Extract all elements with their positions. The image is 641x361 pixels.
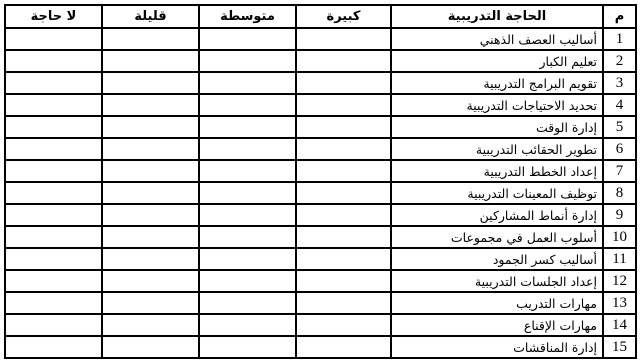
rating-cell-few bbox=[102, 248, 199, 270]
table-row: 2 تعليم الكبار bbox=[5, 50, 636, 72]
row-number: 12 bbox=[603, 270, 636, 292]
training-need-label: تطوير الحقائب التدريبية bbox=[391, 138, 603, 160]
document-page: م الحاجة التدريبية كبيرة متوسطة قليلة لا… bbox=[0, 0, 641, 361]
row-number: 4 bbox=[603, 94, 636, 116]
rating-cell-large bbox=[296, 138, 391, 160]
header-cell-training-need: الحاجة التدريبية bbox=[391, 5, 603, 28]
rating-cell-medium bbox=[199, 336, 296, 358]
rating-cell-medium bbox=[199, 292, 296, 314]
training-need-label: أسلوب العمل في مجموعات bbox=[391, 226, 603, 248]
rating-cell-few bbox=[102, 204, 199, 226]
training-need-label: إعداد الخطط التدريبية bbox=[391, 160, 603, 182]
rating-cell-medium bbox=[199, 28, 296, 50]
training-need-label: تحديد الاحتياجات التدريبية bbox=[391, 94, 603, 116]
row-number: 14 bbox=[603, 314, 636, 336]
rating-cell-large bbox=[296, 270, 391, 292]
rating-cell-no-need bbox=[5, 248, 102, 270]
rating-cell-no-need bbox=[5, 226, 102, 248]
training-need-label: تعليم الكبار bbox=[391, 50, 603, 72]
rating-cell-few bbox=[102, 94, 199, 116]
rating-cell-few bbox=[102, 72, 199, 94]
rating-cell-large bbox=[296, 226, 391, 248]
rating-cell-large bbox=[296, 94, 391, 116]
rating-cell-no-need bbox=[5, 204, 102, 226]
row-number: 6 bbox=[603, 138, 636, 160]
rating-cell-no-need bbox=[5, 72, 102, 94]
rating-cell-no-need bbox=[5, 314, 102, 336]
table-row: 7 إعداد الخطط التدريبية bbox=[5, 160, 636, 182]
table-row: 13 مهارات التدريب bbox=[5, 292, 636, 314]
table-row: 15 إدارة المناقشات bbox=[5, 336, 636, 358]
rating-cell-few bbox=[102, 182, 199, 204]
training-need-label: توظيف المعينات التدريبية bbox=[391, 182, 603, 204]
rating-cell-medium bbox=[199, 248, 296, 270]
rating-cell-few bbox=[102, 292, 199, 314]
training-need-label: إدارة الوقت bbox=[391, 116, 603, 138]
header-cell-no-need: لا حاجة bbox=[5, 5, 102, 28]
header-cell-medium: متوسطة bbox=[199, 5, 296, 28]
rating-cell-medium bbox=[199, 116, 296, 138]
rating-cell-no-need bbox=[5, 50, 102, 72]
training-need-label: مهارات التدريب bbox=[391, 292, 603, 314]
table-row: 5 إدارة الوقت bbox=[5, 116, 636, 138]
rating-cell-large bbox=[296, 292, 391, 314]
row-number: 3 bbox=[603, 72, 636, 94]
rating-cell-no-need bbox=[5, 270, 102, 292]
table-row: 9 إدارة أنماط المشاركين bbox=[5, 204, 636, 226]
training-need-label: إدارة أنماط المشاركين bbox=[391, 204, 603, 226]
rating-cell-few bbox=[102, 28, 199, 50]
header-cell-large: كبيرة bbox=[296, 5, 391, 28]
row-number: 1 bbox=[603, 28, 636, 50]
row-number: 15 bbox=[603, 336, 636, 358]
rating-cell-medium bbox=[199, 50, 296, 72]
table-row: 3 تقويم البرامج التدريبية bbox=[5, 72, 636, 94]
table-row: 8 توظيف المعينات التدريبية bbox=[5, 182, 636, 204]
training-need-label: إدارة المناقشات bbox=[391, 336, 603, 358]
row-number: 11 bbox=[603, 248, 636, 270]
rating-cell-large bbox=[296, 116, 391, 138]
rating-cell-few bbox=[102, 226, 199, 248]
rating-cell-no-need bbox=[5, 116, 102, 138]
rating-cell-medium bbox=[199, 138, 296, 160]
table-row: 6 تطوير الحقائب التدريبية bbox=[5, 138, 636, 160]
rating-cell-medium bbox=[199, 94, 296, 116]
rating-cell-few bbox=[102, 160, 199, 182]
row-number: 5 bbox=[603, 116, 636, 138]
rating-cell-few bbox=[102, 336, 199, 358]
rating-cell-no-need bbox=[5, 292, 102, 314]
rating-cell-no-need bbox=[5, 182, 102, 204]
training-need-label: مهارات الإقناع bbox=[391, 314, 603, 336]
rating-cell-medium bbox=[199, 72, 296, 94]
table-row: 11 أساليب كسر الجمود bbox=[5, 248, 636, 270]
rating-cell-medium bbox=[199, 160, 296, 182]
rating-cell-no-need bbox=[5, 28, 102, 50]
row-number: 13 bbox=[603, 292, 636, 314]
training-need-label: تقويم البرامج التدريبية bbox=[391, 72, 603, 94]
rating-cell-few bbox=[102, 270, 199, 292]
header-cell-few: قليلة bbox=[102, 5, 199, 28]
rating-cell-few bbox=[102, 314, 199, 336]
table-row: 14 مهارات الإقناع bbox=[5, 314, 636, 336]
table-row: 4 تحديد الاحتياجات التدريبية bbox=[5, 94, 636, 116]
row-number: 9 bbox=[603, 204, 636, 226]
row-number: 7 bbox=[603, 160, 636, 182]
rating-cell-few bbox=[102, 116, 199, 138]
rating-cell-no-need bbox=[5, 138, 102, 160]
rating-cell-few bbox=[102, 50, 199, 72]
rating-cell-large bbox=[296, 314, 391, 336]
rating-cell-large bbox=[296, 182, 391, 204]
rating-cell-no-need bbox=[5, 336, 102, 358]
rating-cell-no-need bbox=[5, 160, 102, 182]
rating-cell-no-need bbox=[5, 94, 102, 116]
training-need-label: أساليب العصف الذهني bbox=[391, 28, 603, 50]
table-row: 1 أساليب العصف الذهني bbox=[5, 28, 636, 50]
row-number: 10 bbox=[603, 226, 636, 248]
rating-cell-medium bbox=[199, 314, 296, 336]
rating-cell-large bbox=[296, 72, 391, 94]
rating-cell-large bbox=[296, 28, 391, 50]
header-cell-number: م bbox=[603, 5, 636, 28]
table-row: 10 أسلوب العمل في مجموعات bbox=[5, 226, 636, 248]
training-need-label: إعداد الجلسات التدريبية bbox=[391, 270, 603, 292]
table-row: 12 إعداد الجلسات التدريبية bbox=[5, 270, 636, 292]
training-need-label: أساليب كسر الجمود bbox=[391, 248, 603, 270]
rating-cell-medium bbox=[199, 270, 296, 292]
rating-cell-large bbox=[296, 336, 391, 358]
rating-cell-medium bbox=[199, 182, 296, 204]
rating-cell-large bbox=[296, 248, 391, 270]
rating-cell-large bbox=[296, 50, 391, 72]
row-number: 2 bbox=[603, 50, 636, 72]
training-needs-table: م الحاجة التدريبية كبيرة متوسطة قليلة لا… bbox=[4, 4, 637, 359]
rating-cell-medium bbox=[199, 226, 296, 248]
rating-cell-medium bbox=[199, 204, 296, 226]
rating-cell-large bbox=[296, 160, 391, 182]
rating-cell-few bbox=[102, 138, 199, 160]
rating-cell-large bbox=[296, 204, 391, 226]
header-row: م الحاجة التدريبية كبيرة متوسطة قليلة لا… bbox=[5, 5, 636, 28]
row-number: 8 bbox=[603, 182, 636, 204]
